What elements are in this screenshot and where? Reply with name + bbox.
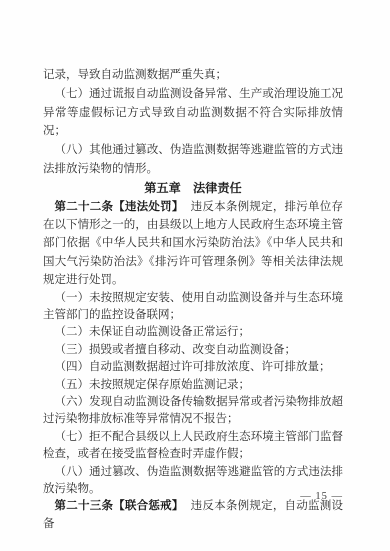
list-item-5: （五）未按照规定保存原始监测记录； (43, 377, 343, 394)
paragraph-clause-8: （八）其他通过篡改、伪造监测数据等逃避监管的方式违法排放污染物的情形。 (43, 141, 343, 179)
page-number: — 15 — (300, 491, 343, 502)
document-page: 记录，导致自动监测数据严重失真； （七）通过谎报自动监测设备异常、生产或治理设施… (0, 0, 390, 551)
list-item-7: （七）拒不配合县级以上人民政府生态环境主管部门监督检查，或者在接受监督检查时弄虚… (43, 429, 343, 464)
list-item-1: （一）未按照规定安装、使用自动监测设备并与生态环境主管部门的监控设备联网； (43, 290, 343, 325)
article-23-title: 第二十三条【联合惩戒】 (55, 500, 184, 512)
page-content: 记录，导致自动监测数据严重失真； （七）通过谎报自动监测设备异常、生产或治理设施… (43, 66, 343, 533)
article-22-paragraph: 第二十二条【违法处罚】违反本条例规定，排污单位存在以下情形之一的，由县级以上地方… (43, 198, 343, 290)
list-item-6: （六）发现自动监测设备传输数据异常或者污染物排放超过污染物排放标准等异常情况不报… (43, 394, 343, 429)
pre-chapter-section: 记录，导致自动监测数据严重失真； （七）通过谎报自动监测设备异常、生产或治理设施… (43, 66, 343, 179)
paragraph-clause-7: （七）通过谎报自动监测设备异常、生产或治理设施工况异常等虚假标记方式导致自动监测… (43, 85, 343, 141)
article-22-body: 违反本条例规定，排污单位存在以下情形之一的，由县级以上地方人民政府生态环境主管部… (43, 201, 343, 287)
article-22-title: 第二十二条【违法处罚】 (55, 201, 184, 213)
list-item-8: （八）通过篡改、伪造监测数据等逃避监管的方式违法排放污染物。 (43, 464, 343, 499)
article-23-paragraph: 第二十三条【联合惩戒】违反本条例规定，自动监测设备 (43, 498, 343, 533)
list-item-2: （二）未保证自动监测设备正常运行； (43, 324, 343, 341)
list-item-3: （三）损毁或者擅自移动、改变自动监测设备； (43, 342, 343, 359)
list-item-4: （四）自动监测数据超过许可排放浓度、许可排放量； (43, 359, 343, 376)
paragraph-continuation: 记录，导致自动监测数据严重失真； (43, 66, 343, 85)
article-22-items: （一）未按照规定安装、使用自动监测设备并与生态环境主管部门的监控设备联网； （二… (43, 290, 343, 499)
chapter-heading: 第五章 法律责任 (43, 179, 343, 198)
